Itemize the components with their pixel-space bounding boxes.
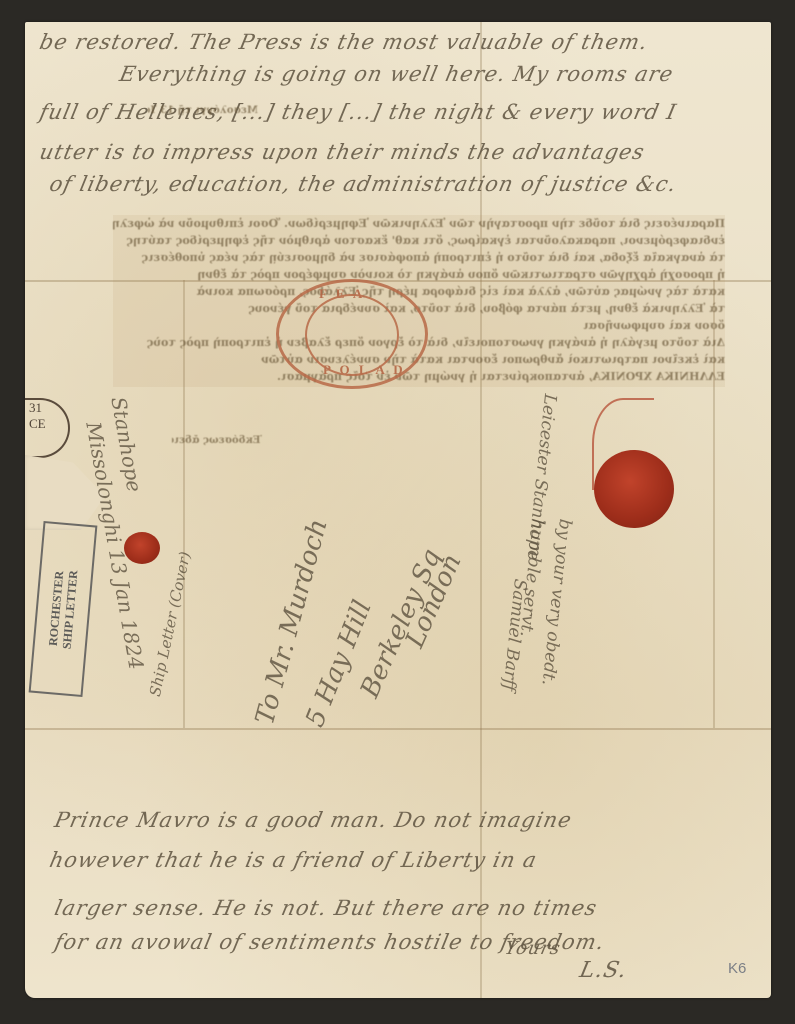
letter-line: however that he is a friend of Liberty i… xyxy=(47,848,539,872)
letter-line: utter is to impress upon their minds the… xyxy=(37,140,647,164)
letter-line: full of Hellenes, [...] they [...] the n… xyxy=(37,100,679,124)
postmark-day: 31 xyxy=(29,400,68,416)
printed-line: Παραινέσεις διὰ τοῦδε τὴν προσταγὴν τῶν … xyxy=(113,215,725,232)
postmark-text-bottom: P O L A D xyxy=(323,362,406,378)
printed-caption: Ἐκδόσεως ἄδεια xyxy=(172,432,262,449)
partial-red-postmark-right xyxy=(592,398,654,490)
signature: L.S. xyxy=(577,958,629,983)
postmark-text-top: F E A xyxy=(319,286,365,302)
letter-line: Everything is going on well here. My roo… xyxy=(117,62,675,86)
fold-line xyxy=(25,728,771,730)
printed-offset-block: Παραινέσεις διὰ τοῦδε τὴν προσταγὴν τῶν … xyxy=(113,215,725,387)
postmark-month: CE xyxy=(29,416,68,432)
red-circular-postmark: F E A P O L A D xyxy=(276,279,428,389)
printed-caption: Μεσολόγγι τῇ 13 Ἰανουαρίου 1824 xyxy=(148,102,258,119)
letter-line: larger sense. He is not. But there are n… xyxy=(52,896,599,920)
printed-line: κατὰ τὰς γνώμας αὐτῶν, ἀλλὰ καὶ εἰς διάφ… xyxy=(113,283,725,300)
closing: Yours xyxy=(503,938,563,959)
letter-line: of liberty, education, the administratio… xyxy=(47,172,678,196)
printed-line: τὰ ἀναγκαῖα ἔξοδα, καὶ διὰ τοῦτο ἡ ἐπιτρ… xyxy=(113,249,725,266)
printed-line: ἐνδιαφερόμενοι, παρακαλοῦνται ἐγκαίρως, … xyxy=(113,232,725,249)
printed-line: ΕΛΛΗΝΙΚΑ ΧΡΟΝΙΚΑ, ἀνταποκρίνεται ἡ γνώμη… xyxy=(113,368,725,385)
letter-line: be restored. The Press is the most valua… xyxy=(37,30,650,54)
letter-line: Prince Mavro is a good man. Do not imagi… xyxy=(52,808,574,832)
printed-line: ἡ προσοχὴ ἀρχηγῶν στρατιωτικῶν ὅπου ἀνάγ… xyxy=(113,266,725,283)
catalog-mark: K6 xyxy=(728,960,746,977)
